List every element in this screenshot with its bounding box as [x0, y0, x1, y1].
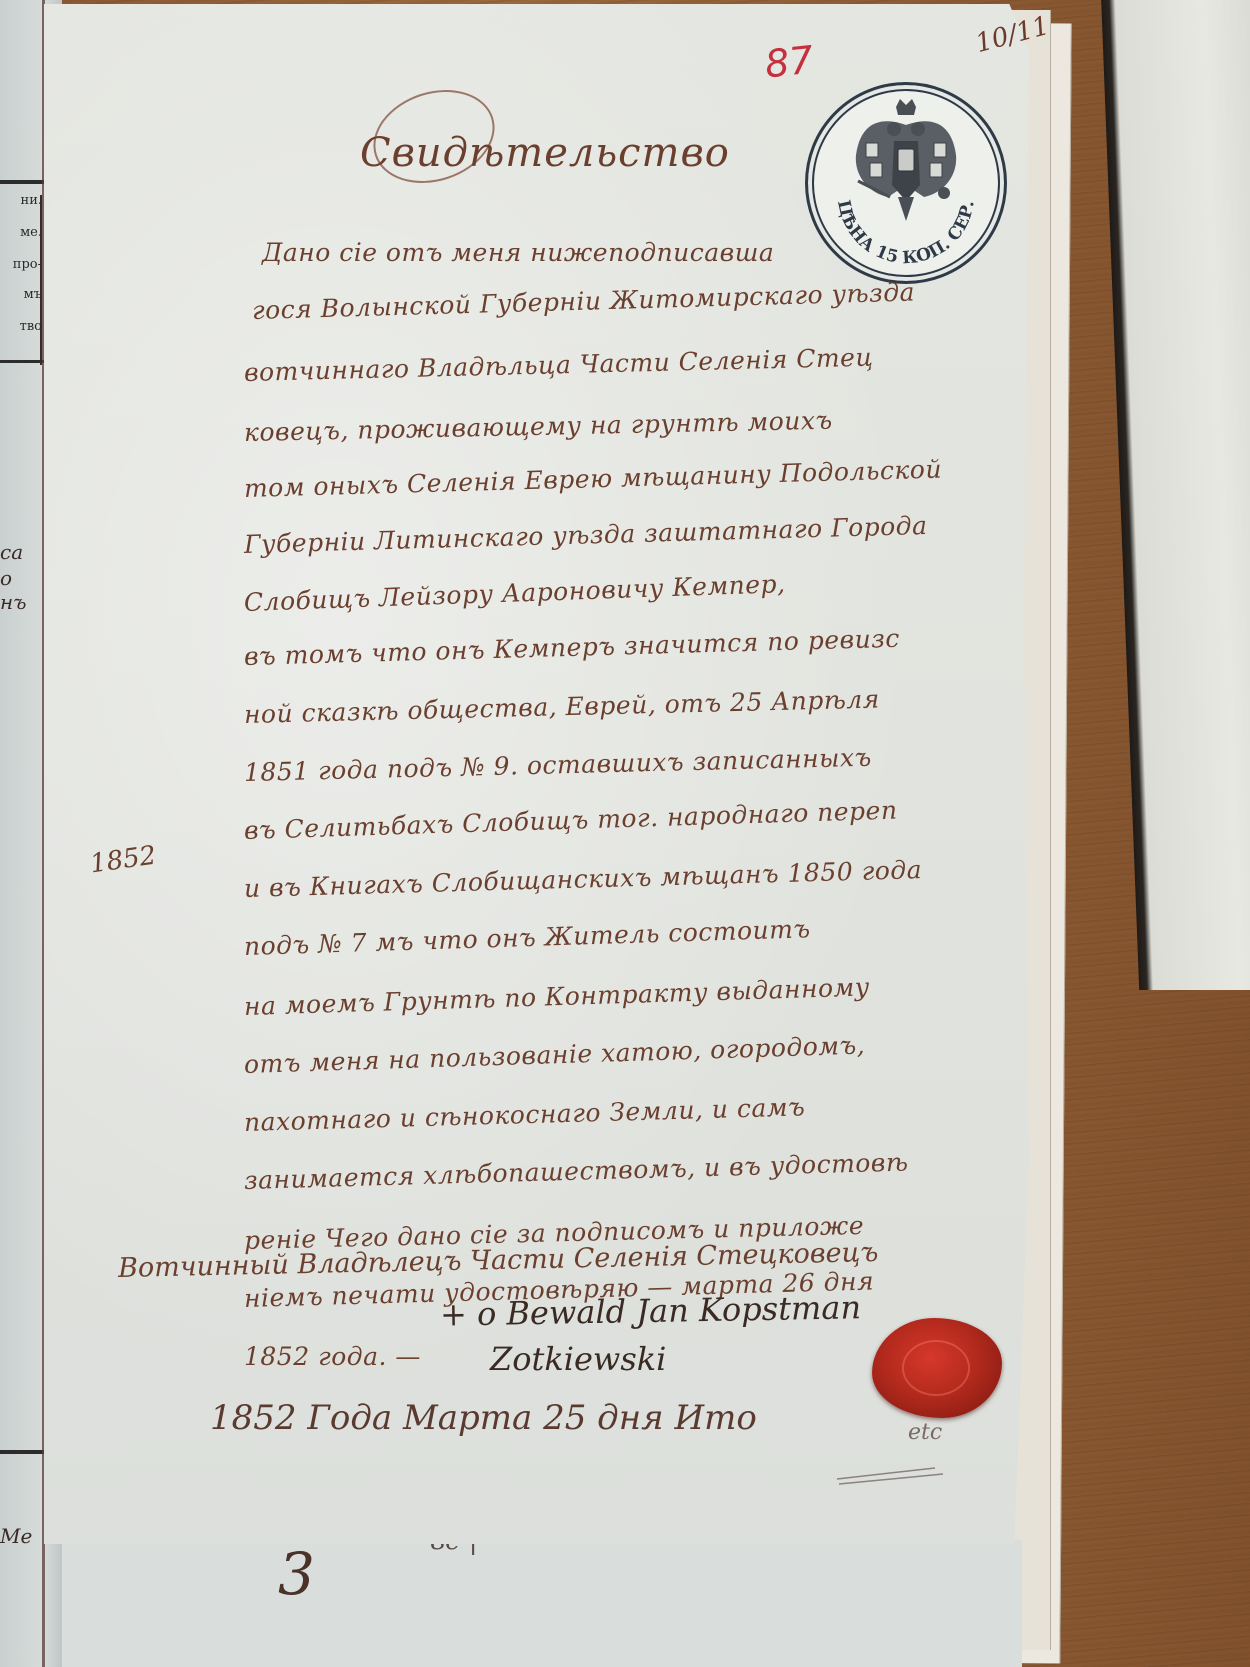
printed-fragment: про-: [0, 254, 42, 276]
handwritten-fragment: нъ: [0, 590, 27, 614]
printed-rule: [0, 180, 44, 184]
printed-rule: [0, 360, 44, 363]
red-wax-seal: [872, 1318, 1002, 1418]
signature-name: + o Bewald Jan Kopstman: [440, 1288, 862, 1333]
revenue-stamp: ЦѢНА 15 КОП. СЕР.: [805, 82, 1007, 284]
archive-folio-number: 87: [763, 38, 816, 87]
document-title: Свидѣтельство: [360, 130, 730, 176]
printed-fragment: тво: [0, 316, 42, 338]
printed-fragment: мъ: [0, 284, 42, 306]
body-line: Дано сіе отъ меня нижеподписавша: [262, 238, 774, 267]
printed-fragment: ни.: [0, 190, 42, 212]
date-footer: 1852 Года Марта 25 дня Ито: [210, 1398, 757, 1438]
white-binder-board: [1101, 0, 1250, 990]
pencil-strokes-icon: [835, 1465, 955, 1485]
printed-fragment: ме.: [0, 222, 42, 244]
handwritten-fragment: Ме: [0, 1524, 32, 1548]
bottom-mark: 3: [278, 1540, 315, 1608]
handwritten-fragment: о: [0, 566, 12, 590]
double-headed-eagle-icon: ЦѢНА 15 КОП. СЕР.: [808, 85, 1004, 281]
signature-surname: Zotkiewski: [490, 1340, 666, 1378]
etc-mark: etc: [908, 1420, 942, 1445]
body-line: 1852 года. —: [244, 1342, 421, 1371]
handwritten-fragment: са: [0, 540, 23, 564]
lower-sheet: 3 ве |: [62, 1540, 1022, 1667]
